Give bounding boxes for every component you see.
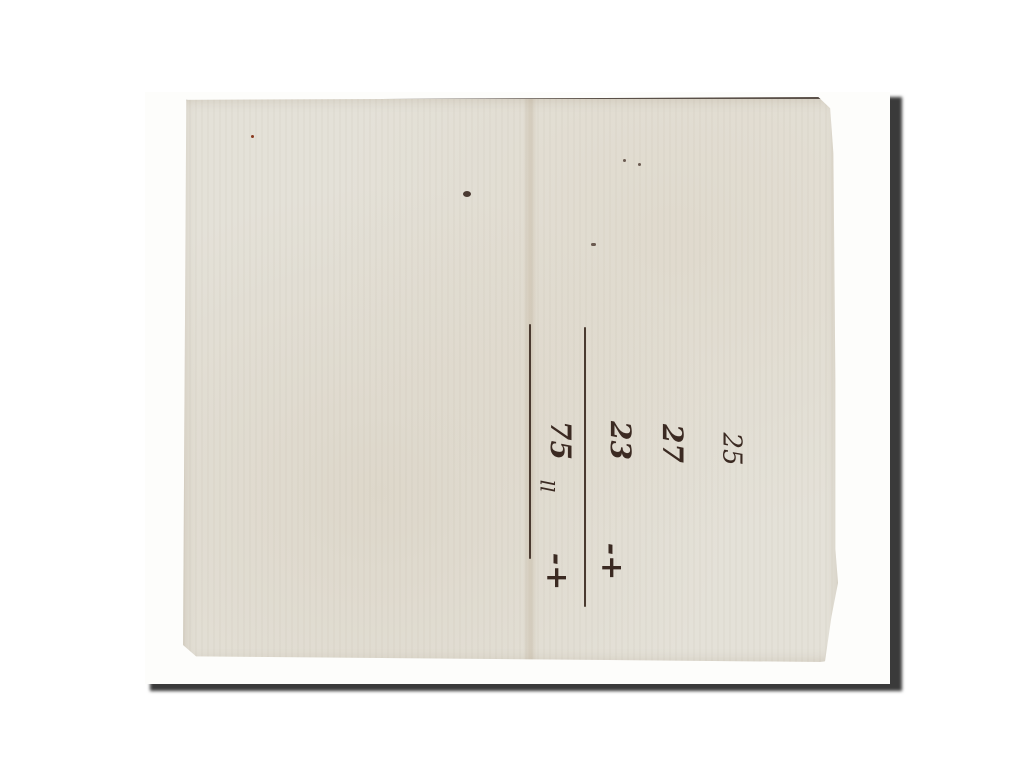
rule-line-left xyxy=(529,324,531,559)
handwritten-figure: 75 xyxy=(544,421,577,460)
ink-speck xyxy=(638,163,641,166)
ink-spot xyxy=(463,191,471,197)
handwritten-mark: ll xyxy=(535,480,559,493)
rule-line-right xyxy=(584,327,586,607)
ink-spot xyxy=(251,135,254,138)
handwritten-mark: -+ xyxy=(539,553,574,591)
handwritten-figure: 23 xyxy=(604,421,637,460)
ink-speck xyxy=(623,159,626,162)
handwritten-mark: -+ xyxy=(594,543,629,581)
ink-speck xyxy=(591,243,596,246)
paper-fragment: 25 27 23 75 ll -+ -+ xyxy=(183,97,838,662)
handwritten-figure: 25 xyxy=(717,432,747,465)
handwritten-figure: 27 xyxy=(656,424,689,463)
